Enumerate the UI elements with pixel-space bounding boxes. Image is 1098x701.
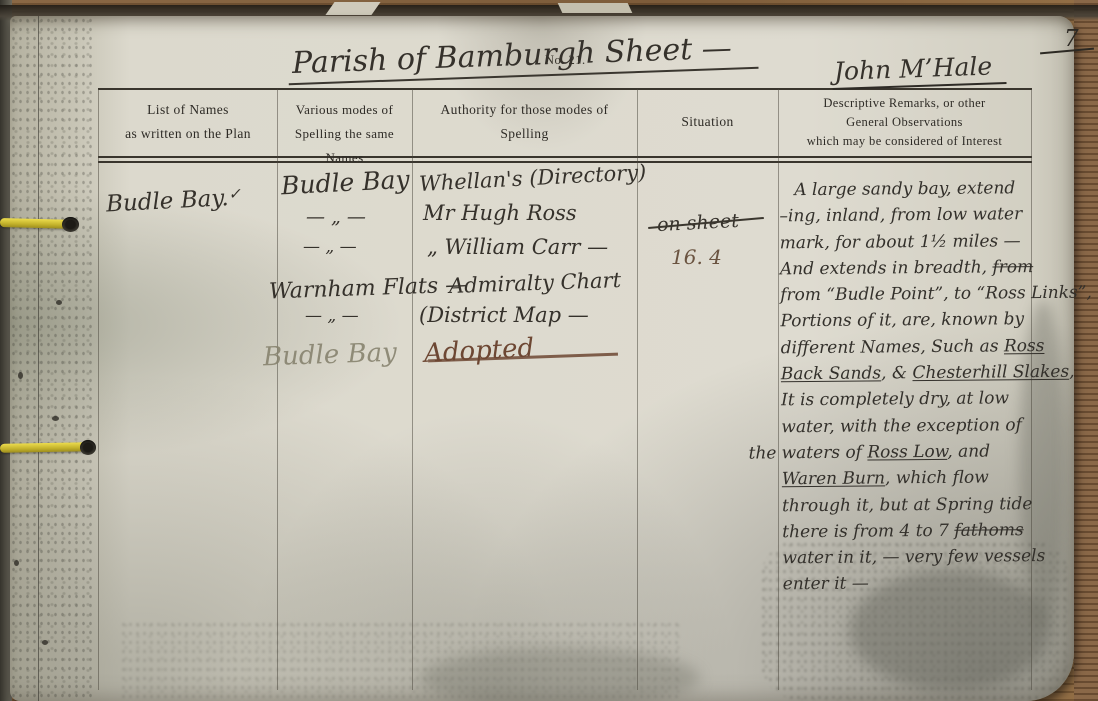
remarks-line: there is from 4 to 7 fathoms — [782, 517, 1082, 546]
column-header-line: General Observations — [780, 113, 1029, 132]
binding-hole — [62, 217, 79, 232]
remarks-line: Back Sands, & Chesterhill Slakes, — [781, 359, 1081, 388]
remarks-line: A large sandy bay, extend — [779, 175, 1079, 204]
paper-speck — [52, 416, 59, 421]
remarks-line: mark, for about 1½ miles — — [780, 227, 1080, 256]
header-bottom-rule — [98, 161, 1032, 163]
authority-entry: „ William Carr — — [427, 235, 608, 259]
adopted-note: Adopted — [423, 333, 535, 369]
remarks-text: water, with the exception of — [781, 415, 1022, 437]
remarks-line: water in it, — very few vessels — [782, 543, 1082, 572]
yellow-binding-string — [0, 442, 92, 453]
remarks-text: It is completely dry, at low — [781, 389, 1009, 411]
remarks-text: enter it — — [783, 574, 869, 595]
remarks-underlined-name: Ross — [1004, 336, 1045, 356]
paper-speck — [56, 300, 62, 305]
remarks-line: through it, but at Spring tide — [782, 490, 1082, 519]
situation-sheet-reference: 16. 4 — [671, 245, 722, 269]
torn-paper-fragment — [325, 2, 380, 15]
remarks-line: Portions of it, are, known by — [780, 306, 1080, 335]
remarks-text: water in it, — very few vessels — [782, 546, 1045, 568]
remarks-text: different Names, Such as — [781, 336, 1004, 358]
ditto-mark: — „ — — [305, 306, 359, 326]
remarks-text: A large sandy bay, extend — [794, 178, 1015, 200]
binding-margin-texture — [10, 16, 96, 701]
remarks-line: It is completely dry, at low — [781, 385, 1081, 414]
authority-entry: Mr Hugh Ross — [423, 201, 577, 225]
remarks-line: And extends in breadth, from — [780, 254, 1080, 283]
remarks-underlined-name: Chesterhill Slakes — [912, 362, 1069, 383]
column-header-line: Situation — [639, 110, 776, 134]
column-header-remarks: Descriptive Remarks, or other General Ob… — [780, 94, 1029, 151]
paper-speck — [14, 560, 19, 566]
descriptive-remarks: A large sandy bay, extend –ing, inland, … — [779, 175, 1083, 598]
column-header-line: Descriptive Remarks, or other — [780, 94, 1029, 113]
column-header-authority: Authority for those modes of Spelling — [414, 98, 635, 146]
remarks-underlined-name: Back Sands — [781, 364, 881, 385]
remarks-line: thewaters of Ross Low, and — [781, 438, 1081, 467]
remarks-underlined-name: Ross Low — [867, 442, 947, 463]
remarks-text: And extends in breadth, — [780, 257, 993, 279]
remarks-text: , which flow — [885, 468, 989, 489]
torn-paper-fragment — [558, 3, 633, 13]
remarks-text: , and — [947, 441, 990, 461]
column-header-situation: Situation — [639, 110, 776, 134]
remarks-text: Portions of it, are, known by — [780, 310, 1024, 332]
remarks-text: –ing, inland, from low water — [779, 204, 1022, 226]
column-header-line: Various modes of — [279, 98, 410, 122]
remarks-text: , — [1069, 362, 1075, 382]
remarks-text: mark, for about 1½ miles — — [780, 231, 1021, 253]
paper-stain — [420, 648, 700, 701]
ditto-mark: — „ — — [303, 237, 357, 257]
remarks-line: from “Budle Point”, to “Ross Links”, — [780, 280, 1080, 309]
remarks-underlined-name: Waren Burn — [782, 469, 885, 490]
remarks-line: water, with the exception of — [781, 411, 1081, 440]
remarks-line: enter it — — [783, 569, 1083, 598]
table-top-rule — [98, 88, 1032, 90]
remarks-line: –ing, inland, from low water — [779, 201, 1079, 230]
scanned-ledger-page: { "page": { "number": "7" }, "header": {… — [0, 0, 1098, 701]
authority-entry: (District Map — — [419, 303, 589, 327]
ditto-mark: — „ — — [306, 206, 366, 228]
remarks-text: from “Budle Point”, to “Ross Links”, — [780, 283, 1092, 306]
spelling-entry-pencil: Budle Bay — [263, 338, 398, 373]
checkmark: ✓ — [228, 184, 242, 203]
column-header-line: Authority for those modes of — [414, 98, 635, 122]
column-divider — [277, 89, 278, 690]
header-bottom-rule — [98, 156, 1032, 158]
binding-hole — [80, 440, 96, 455]
paper-speck — [18, 372, 23, 379]
remarks-struck-word: from — [992, 257, 1033, 277]
column-divider — [412, 89, 413, 690]
column-header-line: as written on the Plan — [102, 122, 274, 146]
remarks-line: Waren Burn, which flow — [782, 464, 1082, 493]
surveyor-signature: John M’Hale — [831, 51, 1006, 90]
column-header-line: Spelling the same Names — [279, 122, 410, 170]
remarks-text: , & — [881, 363, 913, 383]
remarks-text: waters of — [781, 443, 867, 464]
remarks-margin-word: the — [748, 440, 776, 467]
remarks-line: different Names, Such as Ross — [781, 332, 1081, 361]
remarks-text: there is from 4 to 7 — [782, 521, 954, 543]
column-header-modes: Various modes of Spelling the same Names — [279, 98, 410, 170]
column-header-line: List of Names — [102, 98, 274, 122]
column-header-line: Spelling — [414, 122, 635, 146]
column-header-line: which may be considered of Interest — [780, 132, 1029, 151]
remarks-struck-word: fathoms — [954, 520, 1023, 541]
remarks-text: through it, but at Spring tide — [782, 494, 1033, 516]
column-header-names: List of Names as written on the Plan — [102, 98, 274, 146]
paper-speck — [42, 640, 48, 645]
binding-crease — [38, 16, 39, 701]
column-divider — [98, 89, 99, 690]
